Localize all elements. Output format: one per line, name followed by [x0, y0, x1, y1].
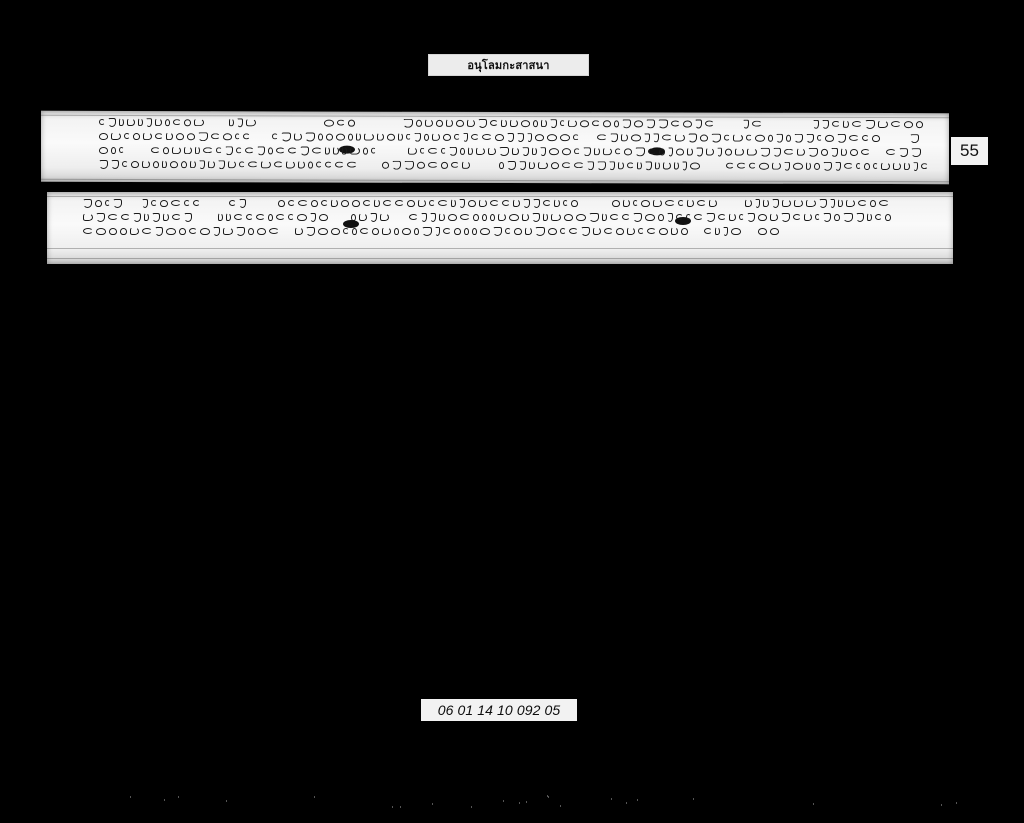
script-glyph [436, 119, 443, 126]
script-glyph [676, 214, 683, 220]
script-glyph [864, 162, 870, 169]
script-glyph [142, 228, 152, 234]
script-glyph [671, 120, 680, 126]
script-glyph [843, 120, 849, 128]
script-glyph [490, 120, 498, 126]
script-glyph [430, 213, 436, 222]
script-glyph [794, 199, 803, 207]
script-glyph [333, 147, 339, 155]
script-glyph [343, 228, 349, 234]
script-glyph [678, 200, 684, 206]
script-glyph [352, 200, 360, 207]
script-glyph [875, 214, 882, 220]
script-glyph [364, 133, 374, 141]
script-glyph [155, 133, 163, 139]
script-glyph [160, 200, 168, 207]
script-glyph [298, 200, 308, 206]
script-glyph [310, 213, 316, 222]
script-glyph [505, 228, 511, 234]
script-glyph [564, 214, 573, 221]
script-glyph [261, 160, 271, 168]
script-glyph [681, 228, 688, 235]
script-glyph [904, 121, 913, 128]
script-glyph [479, 199, 487, 207]
script-glyph [278, 200, 285, 207]
script-glyph [326, 133, 333, 140]
script-glyph [223, 227, 233, 235]
script-glyph [821, 148, 828, 155]
script-glyph [535, 227, 545, 236]
script-glyph [543, 213, 548, 221]
script-glyph [83, 228, 93, 234]
script-glyph [306, 227, 315, 236]
script-glyph [274, 161, 283, 167]
script-glyph [480, 228, 490, 235]
script-glyph [119, 118, 124, 126]
script-glyph [706, 148, 714, 156]
script-glyph [429, 200, 435, 206]
script-glyph [856, 163, 861, 169]
script-glyph [308, 161, 313, 168]
script-glyph [592, 120, 600, 126]
script-glyph [305, 132, 315, 141]
script-glyph [392, 160, 401, 169]
script-glyph [507, 133, 514, 142]
script-glyph [739, 214, 744, 220]
script-glyph [667, 213, 673, 222]
script-glyph [635, 147, 645, 156]
palm-leaf-2 [47, 192, 953, 264]
script-glyph [870, 200, 876, 207]
script-glyph [597, 161, 606, 170]
script-glyph [441, 161, 448, 168]
script-glyph [562, 162, 571, 168]
script-glyph [99, 159, 108, 168]
script-glyph [891, 121, 901, 127]
manuscript-title-label: อนุโลมกะสาสนา [428, 54, 589, 76]
script-glyph [665, 200, 675, 206]
script-glyph [170, 161, 178, 168]
script-glyph [747, 148, 757, 156]
script-glyph [189, 228, 197, 234]
script-glyph [533, 120, 538, 127]
script-glyph [297, 214, 307, 221]
script-glyph [248, 228, 254, 235]
script-glyph [522, 213, 529, 221]
script-glyph [363, 147, 368, 154]
script-glyph [416, 119, 422, 126]
script-glyph [439, 213, 445, 221]
script-glyph [916, 121, 923, 128]
script-glyph [199, 160, 205, 169]
script-glyph [184, 200, 190, 206]
script-glyph [846, 199, 855, 207]
script-glyph [709, 199, 717, 207]
script-glyph [408, 147, 417, 155]
script-glyph [808, 147, 818, 156]
script-glyph [529, 161, 535, 169]
script-glyph [886, 149, 896, 155]
script-glyph [268, 147, 273, 154]
script-glyph [541, 119, 547, 127]
script-glyph [825, 134, 834, 141]
script-glyph [522, 147, 529, 156]
script-glyph [510, 119, 518, 127]
leaf-1-line-1 [99, 116, 934, 130]
script-glyph [706, 213, 715, 222]
script-glyph [911, 148, 921, 157]
script-glyph [425, 119, 433, 127]
script-glyph [723, 227, 728, 236]
script-glyph [834, 214, 840, 221]
script-glyph [501, 119, 507, 127]
script-glyph [645, 214, 655, 221]
script-glyph [633, 213, 642, 222]
script-glyph [143, 132, 152, 140]
script-glyph [432, 133, 440, 141]
script-glyph [806, 199, 816, 207]
script-glyph [525, 227, 532, 235]
script-glyph [560, 228, 566, 234]
script-glyph [747, 213, 755, 222]
script-glyph [488, 147, 496, 155]
script-glyph [295, 227, 303, 235]
script-glyph [142, 199, 148, 208]
script-glyph [108, 117, 116, 126]
script-glyph [243, 133, 250, 139]
script-glyph [468, 147, 473, 155]
script-glyph [467, 119, 475, 127]
script-glyph [151, 200, 157, 206]
script-glyph [316, 162, 322, 168]
script-glyph [121, 214, 130, 220]
script-glyph [686, 214, 691, 220]
script-glyph [881, 162, 890, 170]
script-glyph [576, 214, 586, 221]
script-glyph [172, 214, 181, 220]
script-glyph [324, 119, 334, 126]
script-glyph [331, 228, 340, 235]
script-glyph [146, 118, 152, 127]
script-glyph [195, 146, 200, 154]
script-glyph [540, 147, 546, 156]
script-glyph [717, 147, 722, 156]
script-glyph [165, 119, 170, 126]
script-glyph [449, 146, 457, 155]
script-glyph [532, 213, 540, 222]
script-glyph [631, 134, 641, 141]
script-glyph [832, 121, 840, 127]
script-glyph [443, 133, 451, 140]
script-glyph [568, 119, 577, 127]
script-glyph [374, 199, 380, 207]
script-glyph [627, 162, 634, 168]
script-glyph [348, 119, 355, 126]
leaf-1-line-3 [99, 144, 934, 158]
script-glyph [424, 133, 429, 140]
script-glyph [726, 163, 734, 169]
script-glyph [602, 213, 607, 221]
script-glyph [248, 161, 258, 167]
script-glyph [819, 199, 827, 208]
script-glyph [659, 228, 668, 235]
script-glyph [653, 133, 659, 142]
script-glyph [404, 160, 414, 169]
script-glyph [862, 135, 869, 141]
script-glyph [548, 228, 557, 235]
script-glyph [551, 213, 561, 221]
script-glyph [910, 134, 919, 143]
script-glyph [668, 147, 673, 156]
script-glyph [781, 213, 790, 222]
script-glyph [144, 213, 149, 221]
page-number-label: 55 [951, 137, 988, 165]
script-glyph [119, 147, 124, 153]
script-glyph [418, 199, 426, 207]
script-glyph [603, 120, 611, 127]
script-glyph [885, 214, 891, 221]
script-glyph [550, 119, 557, 128]
script-glyph [604, 228, 613, 234]
script-glyph [111, 159, 119, 168]
script-glyph [622, 119, 631, 128]
script-glyph [641, 200, 650, 207]
script-glyph [543, 200, 551, 206]
script-glyph [460, 147, 465, 154]
script-glyph [683, 120, 692, 127]
script-glyph [634, 120, 643, 127]
script-glyph [746, 135, 752, 141]
script-glyph [478, 118, 487, 127]
script-glyph [841, 148, 847, 156]
catalog-code-label: 06 01 14 10 092 05 [421, 699, 577, 721]
script-glyph [512, 147, 519, 155]
script-glyph [573, 134, 579, 140]
script-glyph [193, 200, 200, 206]
script-glyph [347, 162, 357, 168]
script-glyph [142, 160, 150, 168]
script-glyph [759, 162, 769, 169]
script-glyph [752, 121, 762, 127]
script-glyph [420, 148, 425, 154]
script-glyph [671, 227, 678, 235]
script-glyph [318, 228, 328, 235]
script-glyph [276, 147, 285, 153]
script-glyph [348, 133, 353, 140]
script-glyph [793, 162, 803, 169]
script-glyph [153, 161, 159, 168]
script-glyph [850, 148, 858, 155]
script-glyph [395, 200, 404, 206]
script-glyph [236, 227, 245, 236]
script-glyph [735, 148, 744, 156]
script-glyph [758, 214, 767, 221]
script-glyph [325, 162, 332, 168]
script-glyph [806, 162, 811, 170]
script-glyph [490, 214, 495, 221]
script-glyph [360, 228, 369, 234]
script-glyph [655, 161, 660, 169]
script-glyph [551, 162, 559, 169]
script-glyph [658, 214, 664, 221]
script-glyph [745, 199, 752, 207]
script-glyph [173, 119, 181, 125]
script-glyph [817, 135, 822, 141]
script-glyph [294, 132, 302, 140]
script-glyph [216, 147, 222, 153]
script-glyph [547, 134, 557, 141]
script-glyph [814, 162, 820, 169]
script-glyph [773, 147, 781, 156]
script-glyph [460, 214, 470, 220]
script-glyph [715, 227, 720, 235]
script-glyph [823, 161, 832, 170]
script-glyph [519, 161, 526, 170]
script-glyph [456, 119, 464, 126]
script-glyph [371, 148, 376, 154]
script-glyph [865, 119, 875, 128]
script-glyph [782, 199, 791, 207]
script-glyph [663, 161, 671, 169]
script-glyph [621, 133, 628, 141]
script-glyph [507, 161, 516, 170]
script-glyph [806, 133, 814, 142]
script-glyph [441, 148, 446, 154]
script-glyph [830, 199, 835, 208]
script-glyph [695, 119, 702, 128]
script-glyph [96, 228, 106, 235]
script-glyph [223, 133, 232, 140]
script-glyph [580, 120, 589, 127]
script-glyph [342, 147, 347, 155]
script-glyph [490, 200, 499, 206]
script-glyph [96, 213, 105, 222]
script-glyph [700, 134, 708, 141]
script-glyph [288, 147, 297, 153]
script-glyph [226, 213, 231, 221]
script-glyph [472, 228, 477, 235]
script-glyph [724, 135, 730, 141]
script-glyph [873, 163, 878, 169]
script-glyph [797, 148, 805, 156]
script-glyph [867, 213, 872, 221]
script-glyph [311, 200, 318, 207]
script-glyph [835, 161, 841, 170]
script-glyph [560, 120, 565, 126]
script-glyph [499, 147, 509, 156]
script-glyph [176, 133, 184, 140]
script-glyph [468, 200, 476, 207]
script-glyph [288, 214, 294, 220]
script-glyph [113, 199, 122, 208]
script-glyph [356, 133, 361, 141]
script-glyph [163, 213, 169, 221]
script-glyph [755, 134, 765, 141]
script-glyph [737, 163, 746, 169]
script-glyph [615, 148, 621, 154]
script-glyph [127, 118, 135, 126]
script-glyph [130, 227, 139, 235]
script-glyph [705, 121, 714, 127]
script-glyph [370, 213, 377, 222]
script-glyph [589, 213, 599, 222]
script-glyph [184, 146, 192, 154]
script-glyph [321, 200, 328, 206]
script-glyph [166, 228, 176, 235]
script-glyph [574, 148, 580, 154]
script-glyph [409, 214, 418, 220]
script-glyph [448, 214, 457, 221]
script-glyph [569, 228, 578, 234]
script-glyph [893, 162, 901, 170]
script-glyph [235, 133, 240, 139]
script-glyph [464, 228, 469, 235]
script-glyph [913, 162, 918, 171]
script-glyph [428, 162, 438, 168]
script-glyph [414, 132, 421, 141]
script-glyph [682, 161, 687, 170]
script-glyph [574, 162, 584, 168]
script-glyph [571, 200, 578, 207]
script-glyph [760, 147, 770, 156]
script-glyph [563, 200, 568, 206]
script-glyph [794, 133, 803, 142]
script-glyph [124, 133, 130, 139]
script-glyph [614, 120, 619, 127]
script-glyph [122, 161, 128, 167]
script-glyph [443, 228, 451, 234]
script-glyph [523, 199, 530, 208]
script-glyph [402, 228, 411, 235]
script-glyph [382, 161, 389, 168]
script-glyph [804, 213, 812, 221]
script-glyph [587, 161, 594, 170]
script-glyph [341, 200, 349, 207]
script-glyph [527, 133, 532, 142]
script-glyph [276, 214, 285, 220]
script-glyph [245, 147, 254, 153]
script-glyph [772, 199, 779, 208]
script-glyph [921, 163, 928, 169]
script-glyph [776, 133, 783, 142]
script-glyph [257, 146, 265, 155]
script-glyph [638, 228, 644, 234]
script-glyph [109, 228, 117, 235]
script-glyph [675, 133, 685, 141]
script-glyph [493, 227, 502, 236]
script-glyph [387, 133, 395, 140]
script-glyph [482, 134, 492, 140]
script-glyph [687, 199, 694, 207]
script-glyph [172, 146, 181, 154]
script-glyph [674, 161, 679, 169]
script-glyph [417, 161, 425, 168]
script-glyph [377, 133, 384, 141]
script-glyph [535, 134, 544, 141]
script-glyph [822, 119, 829, 128]
script-glyph [624, 148, 632, 155]
script-glyph [581, 227, 590, 236]
script-glyph [879, 200, 889, 206]
script-glyph [502, 200, 510, 206]
script-glyph [662, 134, 672, 140]
script-glyph [704, 228, 712, 234]
script-glyph [616, 228, 624, 235]
script-glyph [831, 147, 838, 156]
script-glyph [593, 227, 601, 235]
script-glyph [644, 133, 650, 142]
script-glyph [99, 132, 108, 139]
